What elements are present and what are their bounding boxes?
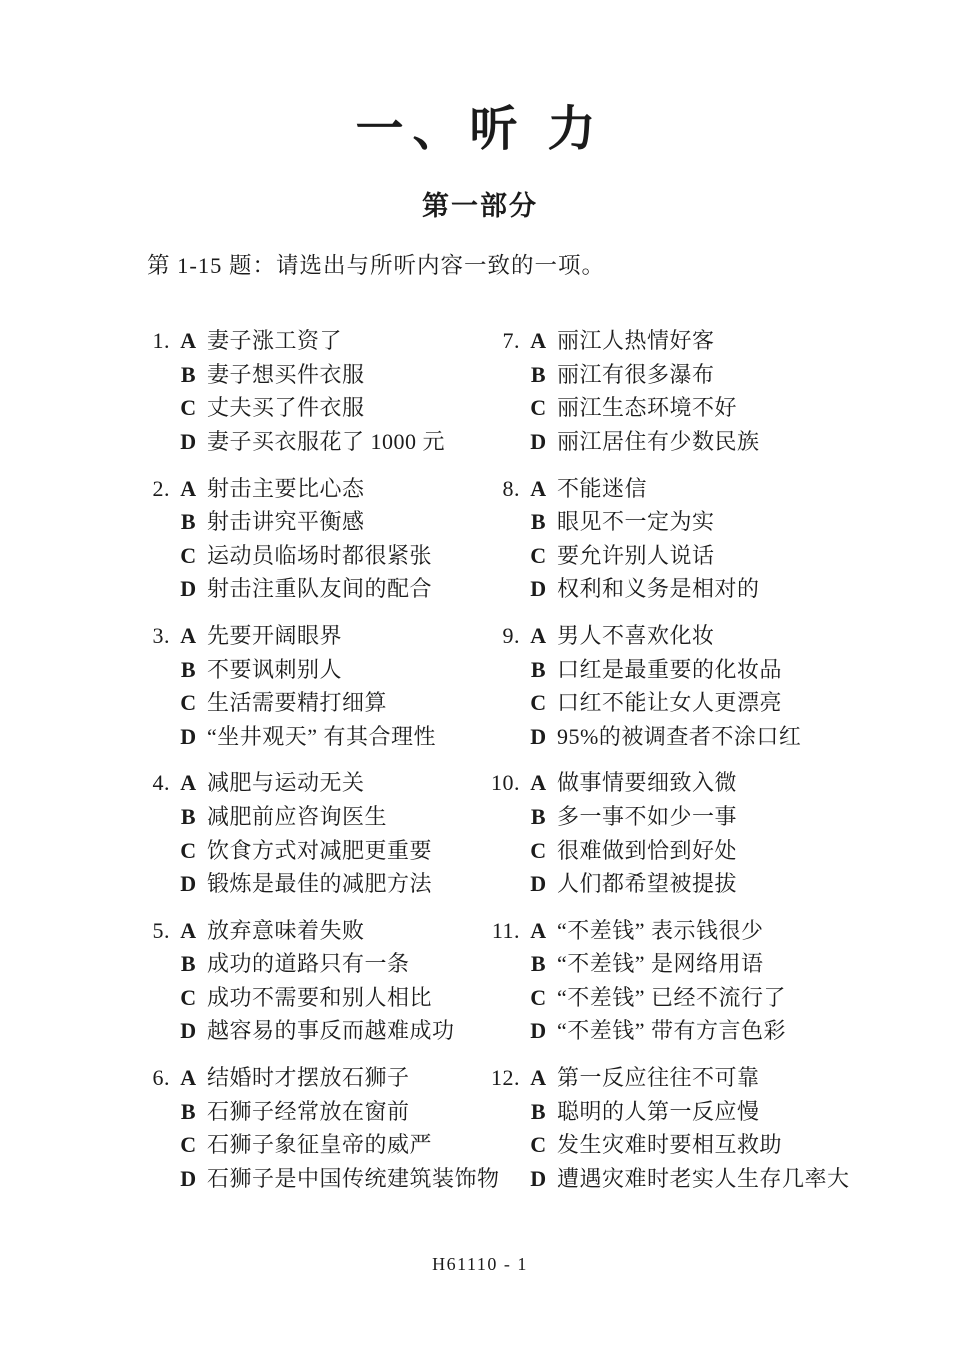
option-row: D 95%的被调查者不涂口红 <box>484 720 900 754</box>
option-letter: D <box>170 867 207 901</box>
question-number <box>134 653 170 687</box>
option-row: B 多一事不如少一事 <box>484 800 900 834</box>
question-number <box>484 1162 520 1196</box>
option-letter: D <box>520 425 557 459</box>
question-block: 3. A 先要开阔眼界 B 不要讽刺别人 C 生活需要精打细算 D “坐井观天”… <box>134 619 484 753</box>
question-number: 11. <box>484 914 520 948</box>
option-row: 1. A 妻子涨工资了 <box>134 324 484 358</box>
option-text: 发生灾难时要相互救助 <box>557 1128 900 1162</box>
option-letter: D <box>170 1162 207 1196</box>
option-row: B 减肥前应咨询医生 <box>134 800 484 834</box>
question-number: 8. <box>484 472 520 506</box>
question-number <box>134 947 170 981</box>
option-letter: D <box>520 1014 557 1048</box>
option-text: 妻子买衣服花了 1000 元 <box>207 425 484 459</box>
question-block: 11. A “不差钱” 表示钱很少 B “不差钱” 是网络用语 C “不差钱” … <box>484 914 900 1048</box>
option-text: 减肥与运动无关 <box>207 766 484 800</box>
option-row: C 饮食方式对减肥更重要 <box>134 834 484 868</box>
option-letter: B <box>170 800 207 834</box>
question-number <box>134 686 170 720</box>
question-number <box>484 391 520 425</box>
option-letter: A <box>170 914 207 948</box>
question-number <box>134 425 170 459</box>
question-number <box>134 1162 170 1196</box>
option-row: 7. A 丽江人热情好客 <box>484 324 900 358</box>
questions-area: 1. A 妻子涨工资了 B 妻子想买件衣服 C 丈夫买了件衣服 D 妻子买衣服花… <box>0 324 960 1208</box>
question-number: 9. <box>484 619 520 653</box>
option-letter: D <box>170 425 207 459</box>
option-text: 不能迷信 <box>557 472 900 506</box>
option-letter: B <box>520 800 557 834</box>
option-text: 锻炼是最佳的减肥方法 <box>207 867 484 901</box>
option-row: C “不差钱” 已经不流行了 <box>484 981 900 1015</box>
option-letter: C <box>170 981 207 1015</box>
option-text: “不差钱” 已经不流行了 <box>557 981 900 1015</box>
option-text: 丈夫买了件衣服 <box>207 391 484 425</box>
option-text: 丽江居住有少数民族 <box>557 425 900 459</box>
option-row: C 运动员临场时都很紧张 <box>134 539 484 573</box>
option-text: 男人不喜欢化妆 <box>557 619 900 653</box>
option-row: D “坐井观天” 有其合理性 <box>134 720 484 754</box>
option-letter: C <box>170 686 207 720</box>
option-letter: A <box>520 324 557 358</box>
option-letter: D <box>520 572 557 606</box>
option-text: 成功的道路只有一条 <box>207 947 484 981</box>
option-row: D 妻子买衣服花了 1000 元 <box>134 425 484 459</box>
option-row: 4. A 减肥与运动无关 <box>134 766 484 800</box>
question-number <box>134 391 170 425</box>
option-row: D 越容易的事反而越难成功 <box>134 1014 484 1048</box>
option-row: 11. A “不差钱” 表示钱很少 <box>484 914 900 948</box>
option-row: 2. A 射击主要比心态 <box>134 472 484 506</box>
question-number <box>484 720 520 754</box>
question-number: 1. <box>134 324 170 358</box>
option-row: D 遭遇灾难时老实人生存几率大 <box>484 1162 900 1196</box>
question-number <box>484 539 520 573</box>
option-text: 越容易的事反而越难成功 <box>207 1014 484 1048</box>
option-text: 运动员临场时都很紧张 <box>207 539 484 573</box>
option-letter: D <box>520 720 557 754</box>
option-letter: A <box>170 1061 207 1095</box>
option-text: 95%的被调查者不涂口红 <box>557 720 900 754</box>
question-block: 4. A 减肥与运动无关 B 减肥前应咨询医生 C 饮食方式对减肥更重要 D 锻… <box>134 766 484 900</box>
option-letter: D <box>170 572 207 606</box>
option-row: C 成功不需要和别人相比 <box>134 981 484 1015</box>
exam-page: 一、听 力 第一部分 第 1-15 题：请选出与所听内容一致的一项。 1. A … <box>0 0 960 1358</box>
question-block: 6. A 结婚时才摆放石狮子 B 石狮子经常放在窗前 C 石狮子象征皇帝的威严 … <box>134 1061 484 1195</box>
option-letter: C <box>520 981 557 1015</box>
question-number <box>484 686 520 720</box>
option-text: 成功不需要和别人相比 <box>207 981 484 1015</box>
option-text: “不差钱” 表示钱很少 <box>557 914 900 948</box>
option-letter: C <box>170 1128 207 1162</box>
option-letter: A <box>520 914 557 948</box>
option-text: 权利和义务是相对的 <box>557 572 900 606</box>
question-number: 3. <box>134 619 170 653</box>
option-row: D 锻炼是最佳的减肥方法 <box>134 867 484 901</box>
option-row: C 丈夫买了件衣服 <box>134 391 484 425</box>
question-block: 8. A 不能迷信 B 眼见不一定为实 C 要允许别人说话 D 权利和义务是相对… <box>484 472 900 606</box>
option-text: “不差钱” 带有方言色彩 <box>557 1014 900 1048</box>
option-row: 10. A 做事情要细致入微 <box>484 766 900 800</box>
option-text: 丽江有很多瀑布 <box>557 358 900 392</box>
option-letter: B <box>170 358 207 392</box>
option-row: B “不差钱” 是网络用语 <box>484 947 900 981</box>
question-number <box>484 981 520 1015</box>
option-letter: A <box>520 619 557 653</box>
option-row: D 人们都希望被提拔 <box>484 867 900 901</box>
option-row: C 生活需要精打细算 <box>134 686 484 720</box>
option-text: 遭遇灾难时老实人生存几率大 <box>557 1162 900 1196</box>
question-block: 7. A 丽江人热情好客 B 丽江有很多瀑布 C 丽江生态环境不好 D 丽江居住… <box>484 324 900 458</box>
option-row: 5. A 放弃意味着失败 <box>134 914 484 948</box>
option-row: B 不要讽刺别人 <box>134 653 484 687</box>
instruction-text: 第 1-15 题：请选出与所听内容一致的一项。 <box>147 248 960 280</box>
option-text: 石狮子经常放在窗前 <box>207 1095 484 1129</box>
option-text: 生活需要精打细算 <box>207 686 484 720</box>
option-letter: C <box>520 539 557 573</box>
option-text: 石狮子象征皇帝的威严 <box>207 1128 484 1162</box>
option-letter: C <box>170 539 207 573</box>
option-row: B 成功的道路只有一条 <box>134 947 484 981</box>
question-number <box>484 800 520 834</box>
option-row: D 丽江居住有少数民族 <box>484 425 900 459</box>
question-block: 1. A 妻子涨工资了 B 妻子想买件衣服 C 丈夫买了件衣服 D 妻子买衣服花… <box>134 324 484 458</box>
question-number <box>484 505 520 539</box>
option-text: “坐井观天” 有其合理性 <box>207 720 484 754</box>
option-text: 丽江人热情好客 <box>557 324 900 358</box>
option-text: 饮食方式对减肥更重要 <box>207 834 484 868</box>
question-number <box>134 1128 170 1162</box>
option-row: B 口红是最重要的化妆品 <box>484 653 900 687</box>
page-title: 一、听 力 <box>0 0 960 157</box>
option-row: D 石狮子是中国传统建筑装饰物 <box>134 1162 484 1196</box>
questions-column-right: 7. A 丽江人热情好客 B 丽江有很多瀑布 C 丽江生态环境不好 D 丽江居住… <box>484 324 900 1208</box>
option-row: B 石狮子经常放在窗前 <box>134 1095 484 1129</box>
option-text: 射击讲究平衡感 <box>207 505 484 539</box>
option-text: 口红不能让女人更漂亮 <box>557 686 900 720</box>
question-number <box>484 867 520 901</box>
question-number <box>484 1095 520 1129</box>
option-row: B 射击讲究平衡感 <box>134 505 484 539</box>
question-number: 6. <box>134 1061 170 1095</box>
question-number: 12. <box>484 1061 520 1095</box>
question-number <box>484 1014 520 1048</box>
question-number <box>484 947 520 981</box>
option-text: 结婚时才摆放石狮子 <box>207 1061 484 1095</box>
question-number <box>134 867 170 901</box>
option-text: “不差钱” 是网络用语 <box>557 947 900 981</box>
option-letter: B <box>520 947 557 981</box>
option-row: B 丽江有很多瀑布 <box>484 358 900 392</box>
option-letter: B <box>170 653 207 687</box>
option-letter: D <box>170 1014 207 1048</box>
option-text: 人们都希望被提拔 <box>557 867 900 901</box>
option-letter: B <box>170 947 207 981</box>
option-text: 多一事不如少一事 <box>557 800 900 834</box>
option-row: C 丽江生态环境不好 <box>484 391 900 425</box>
option-letter: A <box>170 324 207 358</box>
option-letter: A <box>520 1061 557 1095</box>
option-row: D 射击注重队友间的配合 <box>134 572 484 606</box>
question-number: 5. <box>134 914 170 948</box>
question-number <box>134 505 170 539</box>
option-text: 第一反应往往不可靠 <box>557 1061 900 1095</box>
option-letter: B <box>170 1095 207 1129</box>
option-row: C 口红不能让女人更漂亮 <box>484 686 900 720</box>
option-text: 很难做到恰到好处 <box>557 834 900 868</box>
question-block: 5. A 放弃意味着失败 B 成功的道路只有一条 C 成功不需要和别人相比 D … <box>134 914 484 1048</box>
option-letter: A <box>170 472 207 506</box>
option-row: D 权利和义务是相对的 <box>484 572 900 606</box>
question-number <box>484 425 520 459</box>
option-row: B 妻子想买件衣服 <box>134 358 484 392</box>
section-heading: 第一部分 <box>0 184 960 223</box>
option-row: B 眼见不一定为实 <box>484 505 900 539</box>
option-letter: A <box>520 472 557 506</box>
question-number: 7. <box>484 324 520 358</box>
option-letter: C <box>520 1128 557 1162</box>
option-letter: B <box>520 1095 557 1129</box>
option-text: 丽江生态环境不好 <box>557 391 900 425</box>
question-number <box>134 981 170 1015</box>
option-text: 要允许别人说话 <box>557 539 900 573</box>
option-letter: B <box>520 505 557 539</box>
question-number <box>134 572 170 606</box>
option-row: C 发生灾难时要相互救助 <box>484 1128 900 1162</box>
option-row: C 很难做到恰到好处 <box>484 834 900 868</box>
question-block: 12. A 第一反应往往不可靠 B 聪明的人第一反应慢 C 发生灾难时要相互救助… <box>484 1061 900 1195</box>
page-footer-code: H61110 - 1 <box>0 1254 960 1275</box>
option-text: 口红是最重要的化妆品 <box>557 653 900 687</box>
option-text: 先要开阔眼界 <box>207 619 484 653</box>
option-row: C 要允许别人说话 <box>484 539 900 573</box>
option-text: 聪明的人第一反应慢 <box>557 1095 900 1129</box>
option-row: D “不差钱” 带有方言色彩 <box>484 1014 900 1048</box>
option-letter: C <box>520 391 557 425</box>
question-number <box>484 834 520 868</box>
option-row: 9. A 男人不喜欢化妆 <box>484 619 900 653</box>
option-letter: C <box>170 391 207 425</box>
questions-column-left: 1. A 妻子涨工资了 B 妻子想买件衣服 C 丈夫买了件衣服 D 妻子买衣服花… <box>134 324 484 1208</box>
question-number <box>484 1128 520 1162</box>
option-letter: A <box>520 766 557 800</box>
option-text: 放弃意味着失败 <box>207 914 484 948</box>
option-letter: B <box>520 358 557 392</box>
question-number <box>134 358 170 392</box>
option-letter: D <box>520 1162 557 1196</box>
option-letter: C <box>520 834 557 868</box>
question-number <box>134 539 170 573</box>
option-row: 6. A 结婚时才摆放石狮子 <box>134 1061 484 1095</box>
question-number <box>134 800 170 834</box>
question-number <box>484 358 520 392</box>
option-text: 做事情要细致入微 <box>557 766 900 800</box>
option-row: B 聪明的人第一反应慢 <box>484 1095 900 1129</box>
option-letter: A <box>170 766 207 800</box>
option-row: 8. A 不能迷信 <box>484 472 900 506</box>
question-block: 9. A 男人不喜欢化妆 B 口红是最重要的化妆品 C 口红不能让女人更漂亮 D… <box>484 619 900 753</box>
question-number <box>484 572 520 606</box>
question-number <box>134 1014 170 1048</box>
question-number: 2. <box>134 472 170 506</box>
option-row: 3. A 先要开阔眼界 <box>134 619 484 653</box>
option-letter: D <box>170 720 207 754</box>
question-number <box>134 1095 170 1129</box>
question-number <box>484 653 520 687</box>
option-letter: B <box>520 653 557 687</box>
option-letter: D <box>520 867 557 901</box>
option-letter: A <box>170 619 207 653</box>
option-text: 妻子涨工资了 <box>207 324 484 358</box>
question-block: 2. A 射击主要比心态 B 射击讲究平衡感 C 运动员临场时都很紧张 D 射击… <box>134 472 484 606</box>
option-text: 射击主要比心态 <box>207 472 484 506</box>
question-number <box>134 834 170 868</box>
option-text: 石狮子是中国传统建筑装饰物 <box>207 1162 500 1196</box>
option-text: 不要讽刺别人 <box>207 653 484 687</box>
option-text: 眼见不一定为实 <box>557 505 900 539</box>
question-block: 10. A 做事情要细致入微 B 多一事不如少一事 C 很难做到恰到好处 D 人… <box>484 766 900 900</box>
option-letter: B <box>170 505 207 539</box>
option-text: 减肥前应咨询医生 <box>207 800 484 834</box>
option-text: 妻子想买件衣服 <box>207 358 484 392</box>
question-number: 4. <box>134 766 170 800</box>
option-letter: C <box>520 686 557 720</box>
option-text: 射击注重队友间的配合 <box>207 572 484 606</box>
question-number <box>134 720 170 754</box>
option-row: 12. A 第一反应往往不可靠 <box>484 1061 900 1095</box>
question-number: 10. <box>484 766 520 800</box>
option-letter: C <box>170 834 207 868</box>
option-row: C 石狮子象征皇帝的威严 <box>134 1128 484 1162</box>
